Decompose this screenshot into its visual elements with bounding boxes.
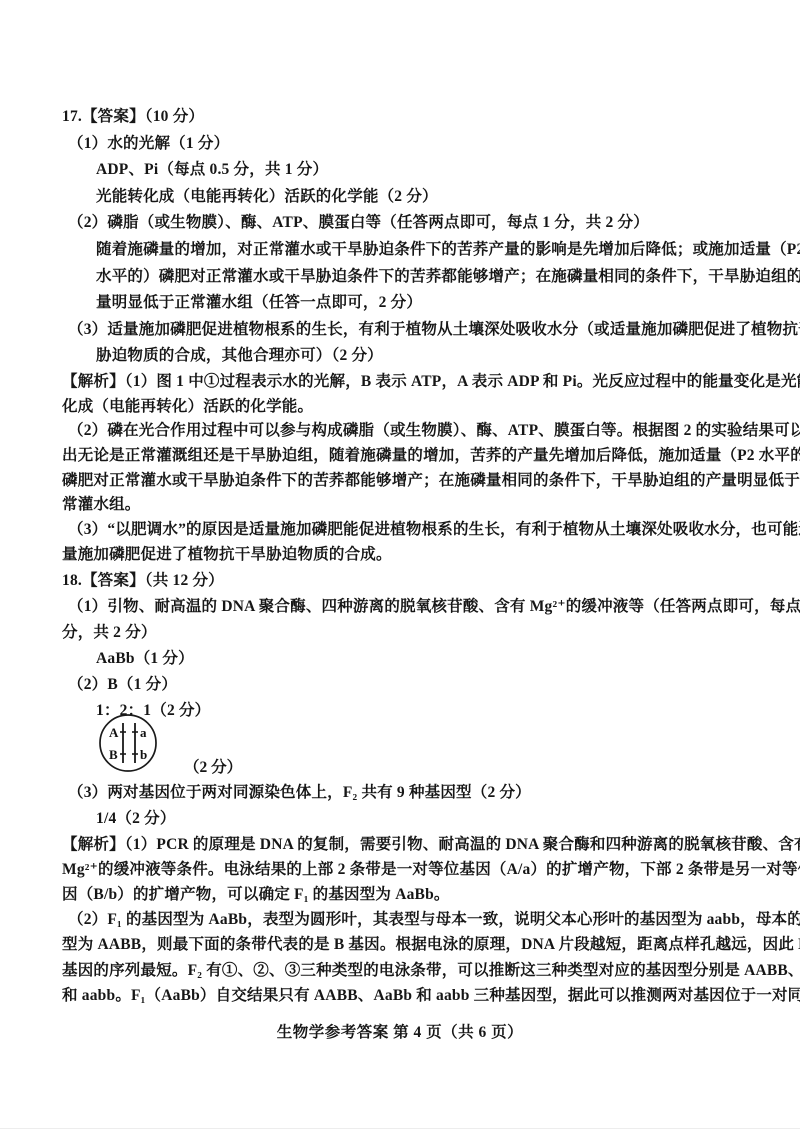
- answer-line: （1）引物、耐高温的 DNA 聚合酶、四种游离的脱氧核苷酸、含有 Mg²⁺的缓冲…: [62, 594, 762, 620]
- answer-line: 量明显低于正常灌水组（任答一点即可，2 分）: [62, 290, 762, 317]
- answer-line: 随着施磷量的增加，对正常灌水或干旱胁迫条件下的苦荞产量的影响是先增加后降低；或施…: [62, 237, 762, 264]
- analysis-line: 【解析】（1）PCR 的原理是 DNA 的复制，需要引物、耐高温的 DNA 聚合…: [62, 832, 762, 857]
- answer-line: 水平的）磷肥对正常灌水或干旱胁迫条件下的苦荞都能够增产；在施磷量相同的条件下，干…: [62, 264, 762, 291]
- analysis-line: 量施加磷肥促进了植物抗干旱胁迫物质的合成。: [62, 543, 762, 568]
- analysis-line: 常灌水组。: [62, 493, 762, 518]
- analysis-line: 基因的序列最短。F₂ 有①、②、③三种类型的电泳条带，可以推断这三种类型对应的基…: [62, 958, 762, 983]
- analysis-line: Mg²⁺的缓冲液等条件。电泳结果的上部 2 条带是一对等位基因（A/a）的扩增产…: [62, 857, 762, 882]
- page-content: 17.【答案】（10 分） （1）水的光解（1 分） ADP、Pi（每点 0.5…: [62, 104, 762, 1008]
- answer-line: 1/4（2 分）: [62, 806, 762, 832]
- analysis-line: 磷肥对正常灌水或干旱胁迫条件下的苦荞都能够增产；在施磷量相同的条件下，干旱胁迫组…: [62, 469, 762, 494]
- analysis-line: 【解析】（1）图 1 中①过程表示水的光解，B 表示 ATP，A 表示 ADP …: [62, 370, 762, 395]
- page-footer: 生物学参考答案 第 4 页（共 6 页）: [0, 1020, 800, 1042]
- answer-sheet-page: 17.【答案】（10 分） （1）水的光解（1 分） ADP、Pi（每点 0.5…: [0, 0, 800, 1131]
- answer-line: （3）两对基因位于两对同源染色体上，F₂ 共有 9 种基因型（2 分）: [62, 780, 762, 806]
- analysis-line: 出无论是正常灌溉组还是干旱胁迫组，随着施磷量的增加，苦荞的产量先增加后降低，施加…: [62, 444, 762, 469]
- answer-line: ADP、Pi（每点 0.5 分，共 1 分）: [62, 157, 762, 184]
- analysis-line: 和 aabb。F₁（AaBb）自交结果只有 AABB、AaBb 和 aabb 三…: [62, 983, 762, 1008]
- analysis-line: 型为 AABB，则最下面的条带代表的是 B 基因。根据电泳的原理，DNA 片段越…: [62, 932, 762, 957]
- allele-label-A: A: [109, 725, 119, 740]
- analysis-line: （2）磷在光合作用过程中可以参与构成磷脂（或生物膜）、酶、ATP、膜蛋白等。根据…: [62, 419, 762, 444]
- analysis-line: （2）F₁ 的基因型为 AaBb，表型为圆形叶，其表型与母本一致，说明父本心形叶…: [62, 907, 762, 932]
- question-17-analysis-block: 【解析】（1）图 1 中①过程表示水的光解，B 表示 ATP，A 表示 ADP …: [62, 370, 762, 568]
- answer-line: （2）磷脂（或生物膜）、酶、ATP、膜蛋白等（任答两点即可，每点 1 分，共 2…: [62, 210, 762, 237]
- question-18-answer-block: 18.【答案】（共 12 分） （1）引物、耐高温的 DNA 聚合酶、四种游离的…: [62, 568, 762, 832]
- answer-line: 胁迫物质的合成，其他合理亦可）（2 分）: [62, 343, 762, 370]
- diagram-score-label: （2 分）: [184, 755, 242, 777]
- answer-line: 分，共 2 分）: [62, 620, 762, 646]
- answer-line: 光能转化成（电能再转化）活跃的化学能（2 分）: [62, 184, 762, 211]
- scan-edge-line: [0, 1128, 800, 1129]
- allele-label-b: b: [140, 747, 147, 762]
- question-17-answer-block: 17.【答案】（10 分） （1）水的光解（1 分） ADP、Pi（每点 0.5…: [62, 104, 762, 370]
- chromosome-cell-diagram: A B a b: [98, 712, 160, 774]
- allele-label-a: a: [140, 725, 147, 740]
- answer-line: AaBb（1 分）: [62, 646, 762, 672]
- analysis-line: 化成（电能再转化）活跃的化学能。: [62, 395, 762, 420]
- answer-line: （2）B（1 分）: [62, 672, 762, 698]
- answer-line: （1）水的光解（1 分）: [62, 131, 762, 158]
- q17-header: 17.【答案】（10 分）: [62, 104, 762, 131]
- question-18-analysis-block: 【解析】（1）PCR 的原理是 DNA 的复制，需要引物、耐高温的 DNA 聚合…: [62, 832, 762, 1008]
- allele-label-B: B: [109, 747, 118, 762]
- analysis-line: 因（B/b）的扩增产物，可以确定 F₁ 的基因型为 AaBb。: [62, 882, 762, 907]
- q18-header: 18.【答案】（共 12 分）: [62, 568, 762, 594]
- answer-line: （3）适量施加磷肥促进植物根系的生长，有利于植物从土壤深处吸收水分（或适量施加磷…: [62, 317, 762, 344]
- analysis-line: （3）“以肥调水”的原因是适量施加磷肥能促进植物根系的生长，有利于植物从土壤深处…: [62, 518, 762, 543]
